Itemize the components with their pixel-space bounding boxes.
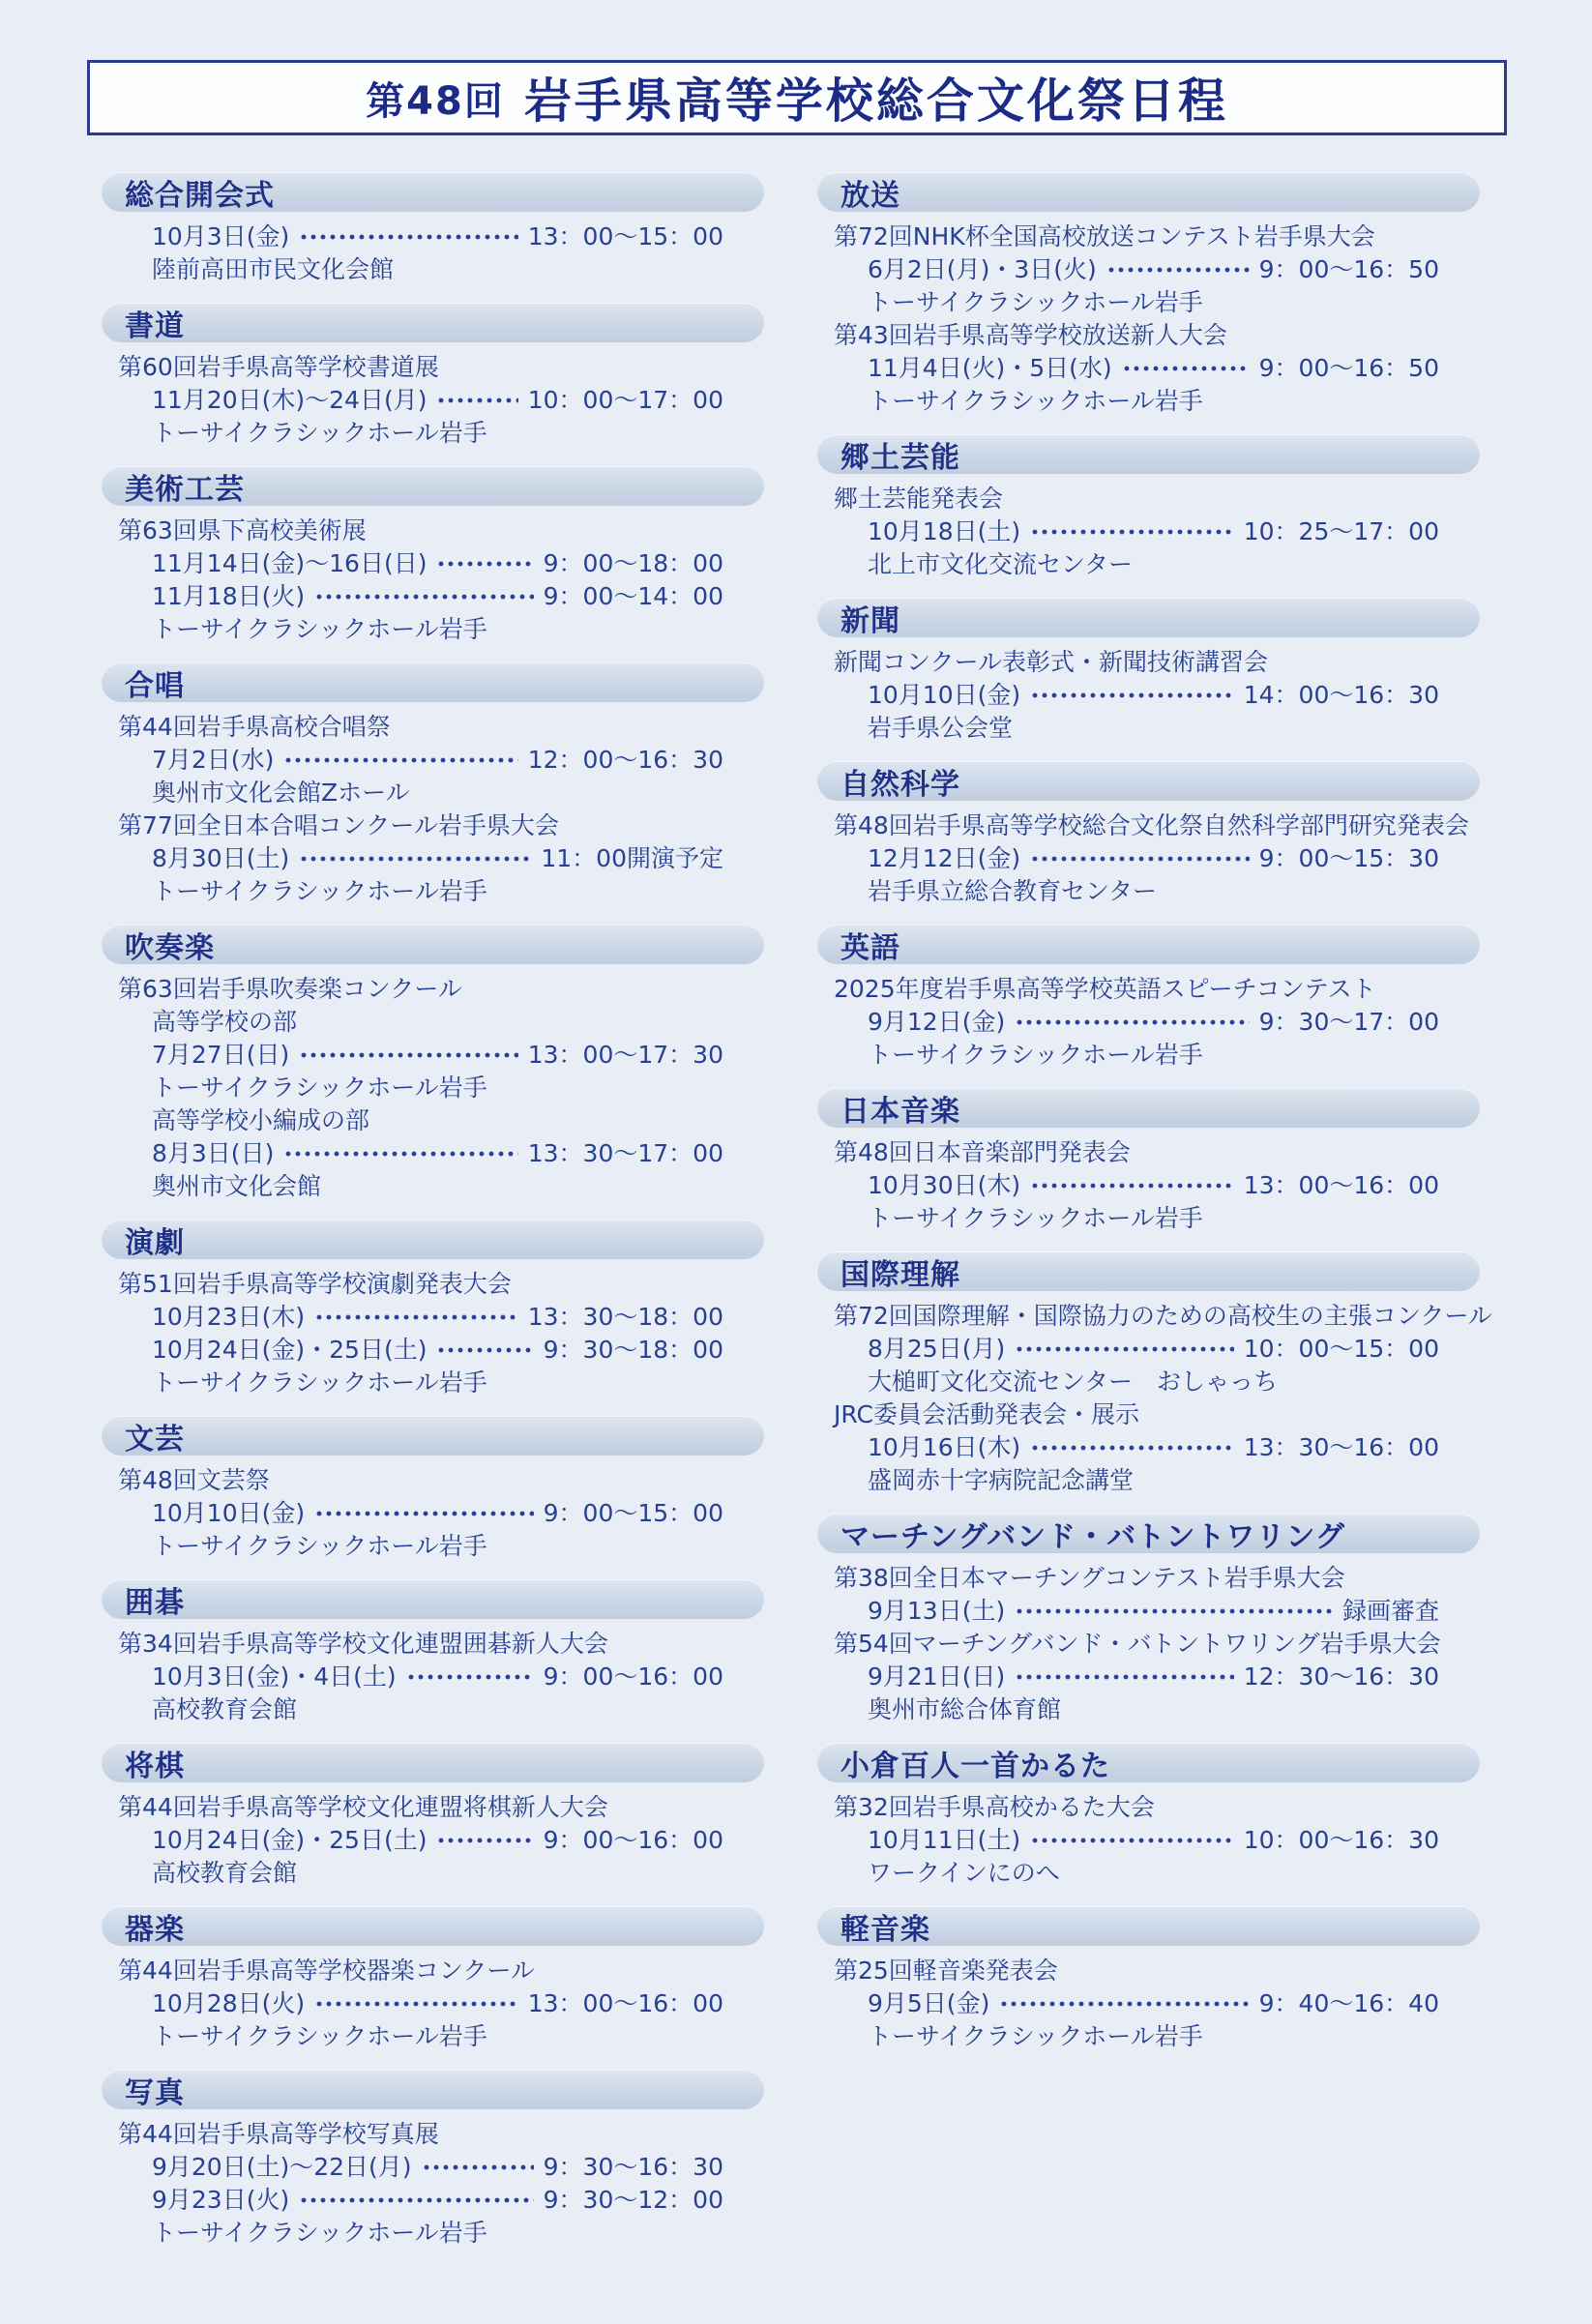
event-time: 9：00～16：00 <box>544 1824 723 1857</box>
dotted-leader <box>1030 684 1234 708</box>
schedule-row: 10月30日(木)13：00～16：00 <box>868 1169 1480 1202</box>
event-detail: 北上市文化交流センター <box>868 548 1480 581</box>
schedule-row: 10月24日(金)・25日(土)9：30～18：00 <box>152 1334 764 1367</box>
schedule-section: 書道第60回岩手県高等学校書道展11月20日(木)～24日(月)10：00～17… <box>102 303 764 450</box>
section-header-pill: 英語 <box>817 925 1480 964</box>
event-name: 第72回国際理解・国際協力のための高校生の主張コンクール <box>834 1300 1480 1333</box>
section-heading: 演劇 <box>125 1219 185 1261</box>
event-detail: 奥州市文化会館 <box>152 1170 764 1203</box>
dotted-leader <box>1030 520 1234 544</box>
section-heading: 国際理解 <box>840 1250 960 1293</box>
event-name: 第44回岩手県高等学校器楽コンクール <box>118 1955 764 1987</box>
schedule-section: マーチングバンド・バトントワリング第38回全日本マーチングコンテスト岩手県大会9… <box>817 1514 1480 1726</box>
schedule-section: 英語2025年度岩手県高等学校英語スピーチコンテスト9月12日(金)9：30～1… <box>817 925 1480 1072</box>
event-detail: 奥州市総合体育館 <box>868 1693 1480 1726</box>
section-heading: 小倉百人一首かるた <box>840 1742 1110 1784</box>
event-date: 8月3日(日) <box>152 1137 274 1170</box>
schedule-row: 10月3日(金)13：00～15：00 <box>152 221 764 253</box>
event-date: 11月14日(金)～16日(日) <box>152 547 427 580</box>
event-name: 第77回全日本合唱コンクール岩手県大会 <box>118 809 764 842</box>
dotted-leader <box>422 2156 534 2180</box>
section-heading: 放送 <box>840 171 900 214</box>
event-time: 9：00～16：50 <box>1259 352 1439 385</box>
section-header-pill: 郷土芸能 <box>817 434 1480 474</box>
schedule-row: 12月12日(金)9：00～15：30 <box>868 842 1480 875</box>
event-date: 7月27日(日) <box>152 1039 289 1072</box>
event-name: 第63回岩手県吹奏楽コンクール <box>118 973 764 1006</box>
schedule-section: 将棋第44回岩手県高等学校文化連盟将棋新人大会10月24日(金)・25日(土)9… <box>102 1743 764 1890</box>
dotted-leader <box>314 1502 534 1526</box>
schedule-row: 11月14日(金)～16日(日)9：00～18：00 <box>152 547 764 580</box>
event-time: 13：30～18：00 <box>528 1301 723 1334</box>
schedule-row: 10月3日(金)・4日(土)9：00～16：00 <box>152 1661 764 1693</box>
event-time: 12：00～16：30 <box>528 744 723 777</box>
event-date: 11月20日(木)～24日(月) <box>152 384 427 417</box>
event-date: 10月30日(木) <box>868 1169 1020 1202</box>
dotted-leader <box>1015 1011 1249 1035</box>
event-date: 6月2日(月)・3日(火) <box>868 253 1097 286</box>
page-title-box: 第48回 岩手県高等学校総合文化祭日程 <box>87 60 1507 135</box>
event-name: JRC委員会活動発表会・展示 <box>834 1398 1480 1431</box>
event-name: 第34回岩手県高等学校文化連盟囲碁新人大会 <box>118 1628 764 1661</box>
event-name: 第51回岩手県高等学校演劇発表大会 <box>118 1268 764 1301</box>
event-time: 9：30～18：00 <box>544 1334 723 1367</box>
event-name: 第60回岩手県高等学校書道展 <box>118 351 764 384</box>
schedule-section: 吹奏楽第63回岩手県吹奏楽コンクール高等学校の部7月27日(日)13：00～17… <box>102 925 764 1203</box>
event-detail: トーサイクラシックホール岩手 <box>152 2217 764 2250</box>
schedule-section: 小倉百人一首かるた第32回岩手県高校かるた大会10月11日(土)10：00～16… <box>817 1743 1480 1890</box>
section-header-pill: 写真 <box>102 2070 764 2109</box>
event-detail: 岩手県公会堂 <box>868 712 1480 745</box>
event-date: 10月24日(金)・25日(土) <box>152 1334 427 1367</box>
event-detail: トーサイクラシックホール岩手 <box>152 875 764 908</box>
schedule-row: 9月5日(金)9：40～16：40 <box>868 1987 1480 2020</box>
event-time: 13：00～16：00 <box>528 1987 723 2020</box>
schedule-section: 器楽第44回岩手県高等学校器楽コンクール10月28日(火)13：00～16：00… <box>102 1906 764 2053</box>
event-date: 10月3日(金) <box>152 221 289 253</box>
schedule-section: 新聞新聞コンクール表彰式・新聞技術講習会10月10日(金)14：00～16：30… <box>817 598 1480 745</box>
schedule-row: 10月11日(土)10：00～16：30 <box>868 1824 1480 1857</box>
event-detail: 岩手県立総合教育センター <box>868 875 1480 908</box>
dotted-leader <box>436 389 517 413</box>
page-title: 岩手県高等学校総合文化祭日程 <box>524 64 1228 132</box>
dotted-leader <box>299 225 518 250</box>
event-name: 第32回岩手県高校かるた大会 <box>834 1791 1480 1824</box>
section-heading: 囲碁 <box>125 1578 185 1621</box>
left-column: 総合開会式10月3日(金)13：00～15：00陸前高田市民文化会館書道第60回… <box>102 172 764 2266</box>
dotted-leader <box>1030 847 1250 871</box>
section-heading: 文芸 <box>125 1415 185 1457</box>
event-date: 10月16日(木) <box>868 1431 1020 1464</box>
schedule-section: 放送第72回NHK杯全国高校放送コンテスト岩手県大会6月2日(月)・3日(火)9… <box>817 172 1480 418</box>
schedule-body: 総合開会式10月3日(金)13：00～15：00陸前高田市民文化会館書道第60回… <box>0 172 1592 2324</box>
schedule-row: 10月10日(金)14：00～16：30 <box>868 679 1480 712</box>
event-time: 9：00～14：00 <box>544 580 723 613</box>
schedule-row: 8月3日(日)13：30～17：00 <box>152 1137 764 1170</box>
section-heading: 器楽 <box>125 1905 185 1948</box>
event-detail: トーサイクラシックホール岩手 <box>868 1202 1480 1235</box>
dotted-leader <box>436 1829 533 1853</box>
schedule-section: 合唱第44回岩手県高校合唱祭7月2日(水)12：00～16：30奥州市文化会館Z… <box>102 662 764 908</box>
schedule-row: 6月2日(月)・3日(火)9：00～16：50 <box>868 253 1480 286</box>
event-time: 10：00～15：00 <box>1244 1333 1439 1366</box>
event-name: 第44回岩手県高校合唱祭 <box>118 711 764 744</box>
schedule-section: 郷土芸能郷土芸能発表会10月18日(土)10：25～17：00北上市文化交流セン… <box>817 434 1480 581</box>
event-detail: 高校教育会館 <box>152 1857 764 1890</box>
event-time: 9：30～16：30 <box>544 2151 723 2184</box>
section-header-pill: 書道 <box>102 303 764 342</box>
event-time: 10：00～16：30 <box>1244 1824 1439 1857</box>
dotted-leader <box>299 847 531 871</box>
event-detail: トーサイクラシックホール岩手 <box>152 417 764 450</box>
event-name: 第43回岩手県高等学校放送新人大会 <box>834 319 1480 352</box>
event-detail: トーサイクラシックホール岩手 <box>868 1039 1480 1072</box>
schedule-section: 自然科学第48回岩手県高等学校総合文化祭自然科学部門研究発表会12月12日(金)… <box>817 761 1480 908</box>
section-header-pill: 囲碁 <box>102 1579 764 1619</box>
event-time: 録画審査 <box>1342 1595 1439 1628</box>
schedule-row: 9月12日(金)9：30～17：00 <box>868 1006 1480 1039</box>
section-heading: 将棋 <box>125 1742 185 1784</box>
event-date: 10月23日(木) <box>152 1301 305 1334</box>
section-heading: 英語 <box>840 924 900 966</box>
event-detail: 盛岡赤十字病院記念講堂 <box>868 1464 1480 1497</box>
event-detail: トーサイクラシックホール岩手 <box>152 1367 764 1399</box>
section-header-pill: 器楽 <box>102 1906 764 1946</box>
schedule-row: 10月18日(土)10：25～17：00 <box>868 515 1480 548</box>
section-heading: 新聞 <box>840 597 900 639</box>
schedule-section: 国際理解第72回国際理解・国際協力のための高校生の主張コンクール8月25日(月)… <box>817 1251 1480 1497</box>
dotted-leader <box>314 1306 518 1330</box>
section-heading: 自然科学 <box>840 760 960 803</box>
dotted-leader <box>283 749 517 773</box>
schedule-section: 総合開会式10月3日(金)13：00～15：00陸前高田市民文化会館 <box>102 172 764 286</box>
event-name: 新聞コンクール表彰式・新聞技術講習会 <box>834 646 1480 679</box>
event-detail: 陸前高田市民文化会館 <box>152 253 764 286</box>
event-detail: トーサイクラシックホール岩手 <box>868 286 1480 319</box>
event-detail: トーサイクラシックホール岩手 <box>152 1072 764 1104</box>
event-detail: トーサイクラシックホール岩手 <box>152 2020 764 2053</box>
schedule-row: 9月13日(土)録画審査 <box>868 1595 1480 1628</box>
dotted-leader <box>1122 357 1250 381</box>
section-heading: 写真 <box>125 2069 185 2111</box>
dotted-leader <box>436 552 533 576</box>
section-header-pill: 国際理解 <box>817 1251 1480 1291</box>
dotted-leader <box>1015 1338 1234 1362</box>
dotted-leader <box>406 1665 534 1690</box>
section-header-pill: 放送 <box>817 172 1480 212</box>
schedule-section: 囲碁第34回岩手県高等学校文化連盟囲碁新人大会10月3日(金)・4日(土)9：0… <box>102 1579 764 1726</box>
section-header-pill: 演劇 <box>102 1220 764 1259</box>
schedule-row: 8月30日(土)11：00開演予定 <box>152 842 764 875</box>
event-date: 10月10日(金) <box>868 679 1020 712</box>
section-heading: 合唱 <box>125 662 185 704</box>
section-header-pill: 美術工芸 <box>102 466 764 506</box>
dotted-leader <box>1106 258 1250 282</box>
schedule-row: 9月23日(火)9：30～12：00 <box>152 2184 764 2217</box>
event-time: 10：00～17：00 <box>528 384 723 417</box>
event-date: 12月12日(金) <box>868 842 1020 875</box>
event-name: 第54回マーチングバンド・バトントワリング岩手県大会 <box>834 1628 1480 1661</box>
dotted-leader <box>283 1142 517 1166</box>
section-header-pill: 小倉百人一首かるた <box>817 1743 1480 1782</box>
event-detail: トーサイクラシックホール岩手 <box>152 1530 764 1563</box>
dotted-leader <box>1030 1174 1234 1198</box>
section-heading: 日本音楽 <box>840 1087 960 1130</box>
event-date: 10月24日(金)・25日(土) <box>152 1824 427 1857</box>
event-time: 9：00～15：00 <box>544 1497 723 1530</box>
event-time: 9：40～16：40 <box>1259 1987 1439 2020</box>
schedule-row: 9月21日(日)12：30～16：30 <box>868 1661 1480 1693</box>
event-time: 9：00～16：00 <box>544 1661 723 1693</box>
schedule-row: 7月27日(日)13：00～17：30 <box>152 1039 764 1072</box>
event-time: 9：00～16：50 <box>1259 253 1439 286</box>
event-detail: トーサイクラシックホール岩手 <box>152 613 764 646</box>
event-name: 第48回文芸祭 <box>118 1464 764 1497</box>
event-name: 第48回岩手県高等学校総合文化祭自然科学部門研究発表会 <box>834 809 1480 842</box>
dotted-leader <box>1015 1600 1333 1624</box>
event-date: 9月23日(火) <box>152 2184 289 2217</box>
schedule-row: 9月20日(土)～22日(月)9：30～16：30 <box>152 2151 764 2184</box>
right-column: 放送第72回NHK杯全国高校放送コンテスト岩手県大会6月2日(月)・3日(火)9… <box>817 172 1480 2070</box>
event-name: 2025年度岩手県高等学校英語スピーチコンテスト <box>834 973 1480 1006</box>
event-time: 13：00～15：00 <box>528 221 723 253</box>
event-date: 10月3日(金)・4日(土) <box>152 1661 397 1693</box>
event-date: 9月5日(金) <box>868 1987 989 2020</box>
dotted-leader <box>314 1992 518 2016</box>
schedule-row: 8月25日(月)10：00～15：00 <box>868 1333 1480 1366</box>
dotted-leader <box>1030 1829 1234 1853</box>
section-header-pill: 文芸 <box>102 1416 764 1456</box>
event-time: 13：00～17：30 <box>528 1039 723 1072</box>
dotted-leader <box>299 1044 518 1068</box>
dotted-leader <box>436 1339 533 1363</box>
event-date: 11月4日(火)・5日(水) <box>868 352 1112 385</box>
event-detail: 高等学校の部 <box>152 1006 764 1039</box>
schedule-section: 美術工芸第63回県下高校美術展11月14日(金)～16日(日)9：00～18：0… <box>102 466 764 646</box>
event-date: 10月28日(火) <box>152 1987 305 2020</box>
section-header-pill: 自然科学 <box>817 761 1480 801</box>
event-date: 8月30日(土) <box>152 842 289 875</box>
page-title-prefix: 第48回 <box>366 71 505 126</box>
event-date: 10月11日(土) <box>868 1824 1020 1857</box>
section-heading: 美術工芸 <box>125 465 245 508</box>
event-time: 9：00～18：00 <box>544 547 723 580</box>
section-header-pill: 合唱 <box>102 662 764 702</box>
event-detail: トーサイクラシックホール岩手 <box>868 2020 1480 2053</box>
dotted-leader <box>1015 1665 1234 1690</box>
schedule-section: 演劇第51回岩手県高等学校演劇発表大会10月23日(木)13：30～18：001… <box>102 1220 764 1399</box>
schedule-row: 7月2日(水)12：00～16：30 <box>152 744 764 777</box>
section-header-pill: 将棋 <box>102 1743 764 1782</box>
event-name: 郷土芸能発表会 <box>834 483 1480 515</box>
schedule-section: 写真第44回岩手県高等学校写真展9月20日(土)～22日(月)9：30～16：3… <box>102 2070 764 2250</box>
schedule-row: 11月20日(木)～24日(月)10：00～17：00 <box>152 384 764 417</box>
schedule-row: 11月18日(火)9：00～14：00 <box>152 580 764 613</box>
event-detail: ワークインにのへ <box>868 1857 1480 1890</box>
section-heading: 書道 <box>125 302 185 344</box>
section-header-pill: 軽音楽 <box>817 1906 1480 1946</box>
schedule-section: 軽音楽第25回軽音楽発表会9月5日(金)9：40～16：40トーサイクラシックホ… <box>817 1906 1480 2053</box>
section-header-pill: マーチングバンド・バトントワリング <box>817 1514 1480 1553</box>
event-date: 10月10日(金) <box>152 1497 305 1530</box>
schedule-row: 10月28日(火)13：00～16：00 <box>152 1987 764 2020</box>
section-heading: 軽音楽 <box>840 1905 930 1948</box>
schedule-row: 11月4日(火)・5日(水)9：00～16：50 <box>868 352 1480 385</box>
event-date: 8月25日(月) <box>868 1333 1005 1366</box>
event-time: 9：00～15：30 <box>1259 842 1439 875</box>
event-name: 第72回NHK杯全国高校放送コンテスト岩手県大会 <box>834 221 1480 253</box>
event-name: 第44回岩手県高等学校写真展 <box>118 2118 764 2151</box>
event-name: 第38回全日本マーチングコンテスト岩手県大会 <box>834 1562 1480 1595</box>
event-date: 9月20日(土)～22日(月) <box>152 2151 412 2184</box>
section-heading: マーチングバンド・バトントワリング <box>840 1513 1345 1555</box>
section-header-pill: 新聞 <box>817 598 1480 637</box>
event-time: 13：30～17：00 <box>528 1137 723 1170</box>
event-time: 13：00～16：00 <box>1244 1169 1439 1202</box>
event-time: 13：30～16：00 <box>1244 1431 1439 1464</box>
event-date: 7月2日(水) <box>152 744 274 777</box>
dotted-leader <box>999 1992 1249 2016</box>
event-detail: 奥州市文化会館Zホール <box>152 777 764 809</box>
event-detail: 大槌町文化交流センター おしゃっち <box>868 1366 1480 1398</box>
schedule-section: 文芸第48回文芸祭10月10日(金)9：00～15：00トーサイクラシックホール… <box>102 1416 764 1563</box>
event-date: 11月18日(火) <box>152 580 305 613</box>
event-time: 14：00～16：30 <box>1244 679 1439 712</box>
event-date: 9月13日(土) <box>868 1595 1005 1628</box>
event-detail: 高等学校小編成の部 <box>152 1104 764 1137</box>
schedule-row: 10月16日(木)13：30～16：00 <box>868 1431 1480 1464</box>
event-detail: トーサイクラシックホール岩手 <box>868 385 1480 418</box>
event-name: 第25回軽音楽発表会 <box>834 1955 1480 1987</box>
event-name: 第44回岩手県高等学校文化連盟将棋新人大会 <box>118 1791 764 1824</box>
section-header-pill: 総合開会式 <box>102 172 764 212</box>
section-heading: 総合開会式 <box>125 171 275 214</box>
event-time: 12：30～16：30 <box>1244 1661 1439 1693</box>
event-date: 9月21日(日) <box>868 1661 1005 1693</box>
event-time: 9：30～17：00 <box>1259 1006 1439 1039</box>
dotted-leader <box>299 2189 533 2213</box>
event-time: 10：25～17：00 <box>1244 515 1439 548</box>
schedule-section: 日本音楽第48回日本音楽部門発表会10月30日(木)13：00～16：00トーサ… <box>817 1088 1480 1235</box>
event-time: 11：00開演予定 <box>541 842 723 875</box>
event-name: 第63回県下高校美術展 <box>118 515 764 547</box>
event-name: 第48回日本音楽部門発表会 <box>834 1136 1480 1169</box>
dotted-leader <box>1030 1436 1234 1460</box>
event-detail: 高校教育会館 <box>152 1693 764 1726</box>
schedule-row: 10月10日(金)9：00～15：00 <box>152 1497 764 1530</box>
event-date: 9月12日(金) <box>868 1006 1005 1039</box>
event-time: 9：30～12：00 <box>544 2184 723 2217</box>
section-header-pill: 吹奏楽 <box>102 925 764 964</box>
section-header-pill: 日本音楽 <box>817 1088 1480 1128</box>
schedule-row: 10月23日(木)13：30～18：00 <box>152 1301 764 1334</box>
event-date: 10月18日(土) <box>868 515 1020 548</box>
section-heading: 吹奏楽 <box>125 924 215 966</box>
dotted-leader <box>314 585 534 609</box>
schedule-row: 10月24日(金)・25日(土)9：00～16：00 <box>152 1824 764 1857</box>
scanned-schedule-page: { "title": { "prefix": "第48回", "main": "… <box>0 60 1592 2324</box>
section-heading: 郷土芸能 <box>840 433 960 476</box>
